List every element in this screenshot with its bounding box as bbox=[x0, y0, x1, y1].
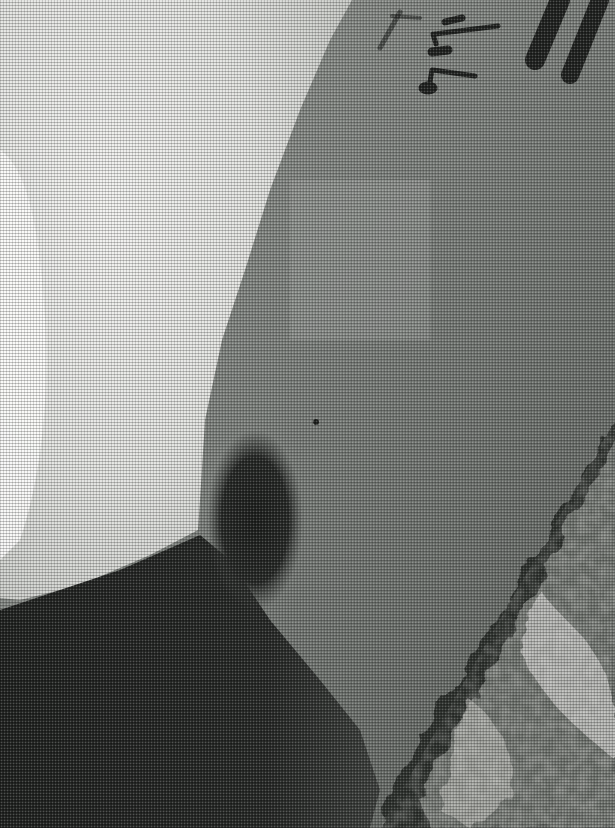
halftone-photograph: Halftone-scanned black-and-white photogr… bbox=[0, 0, 615, 828]
photo-composition bbox=[0, 0, 615, 828]
wall-light-band bbox=[290, 180, 430, 340]
small-dot bbox=[313, 419, 319, 425]
oval-shadow bbox=[207, 430, 303, 610]
